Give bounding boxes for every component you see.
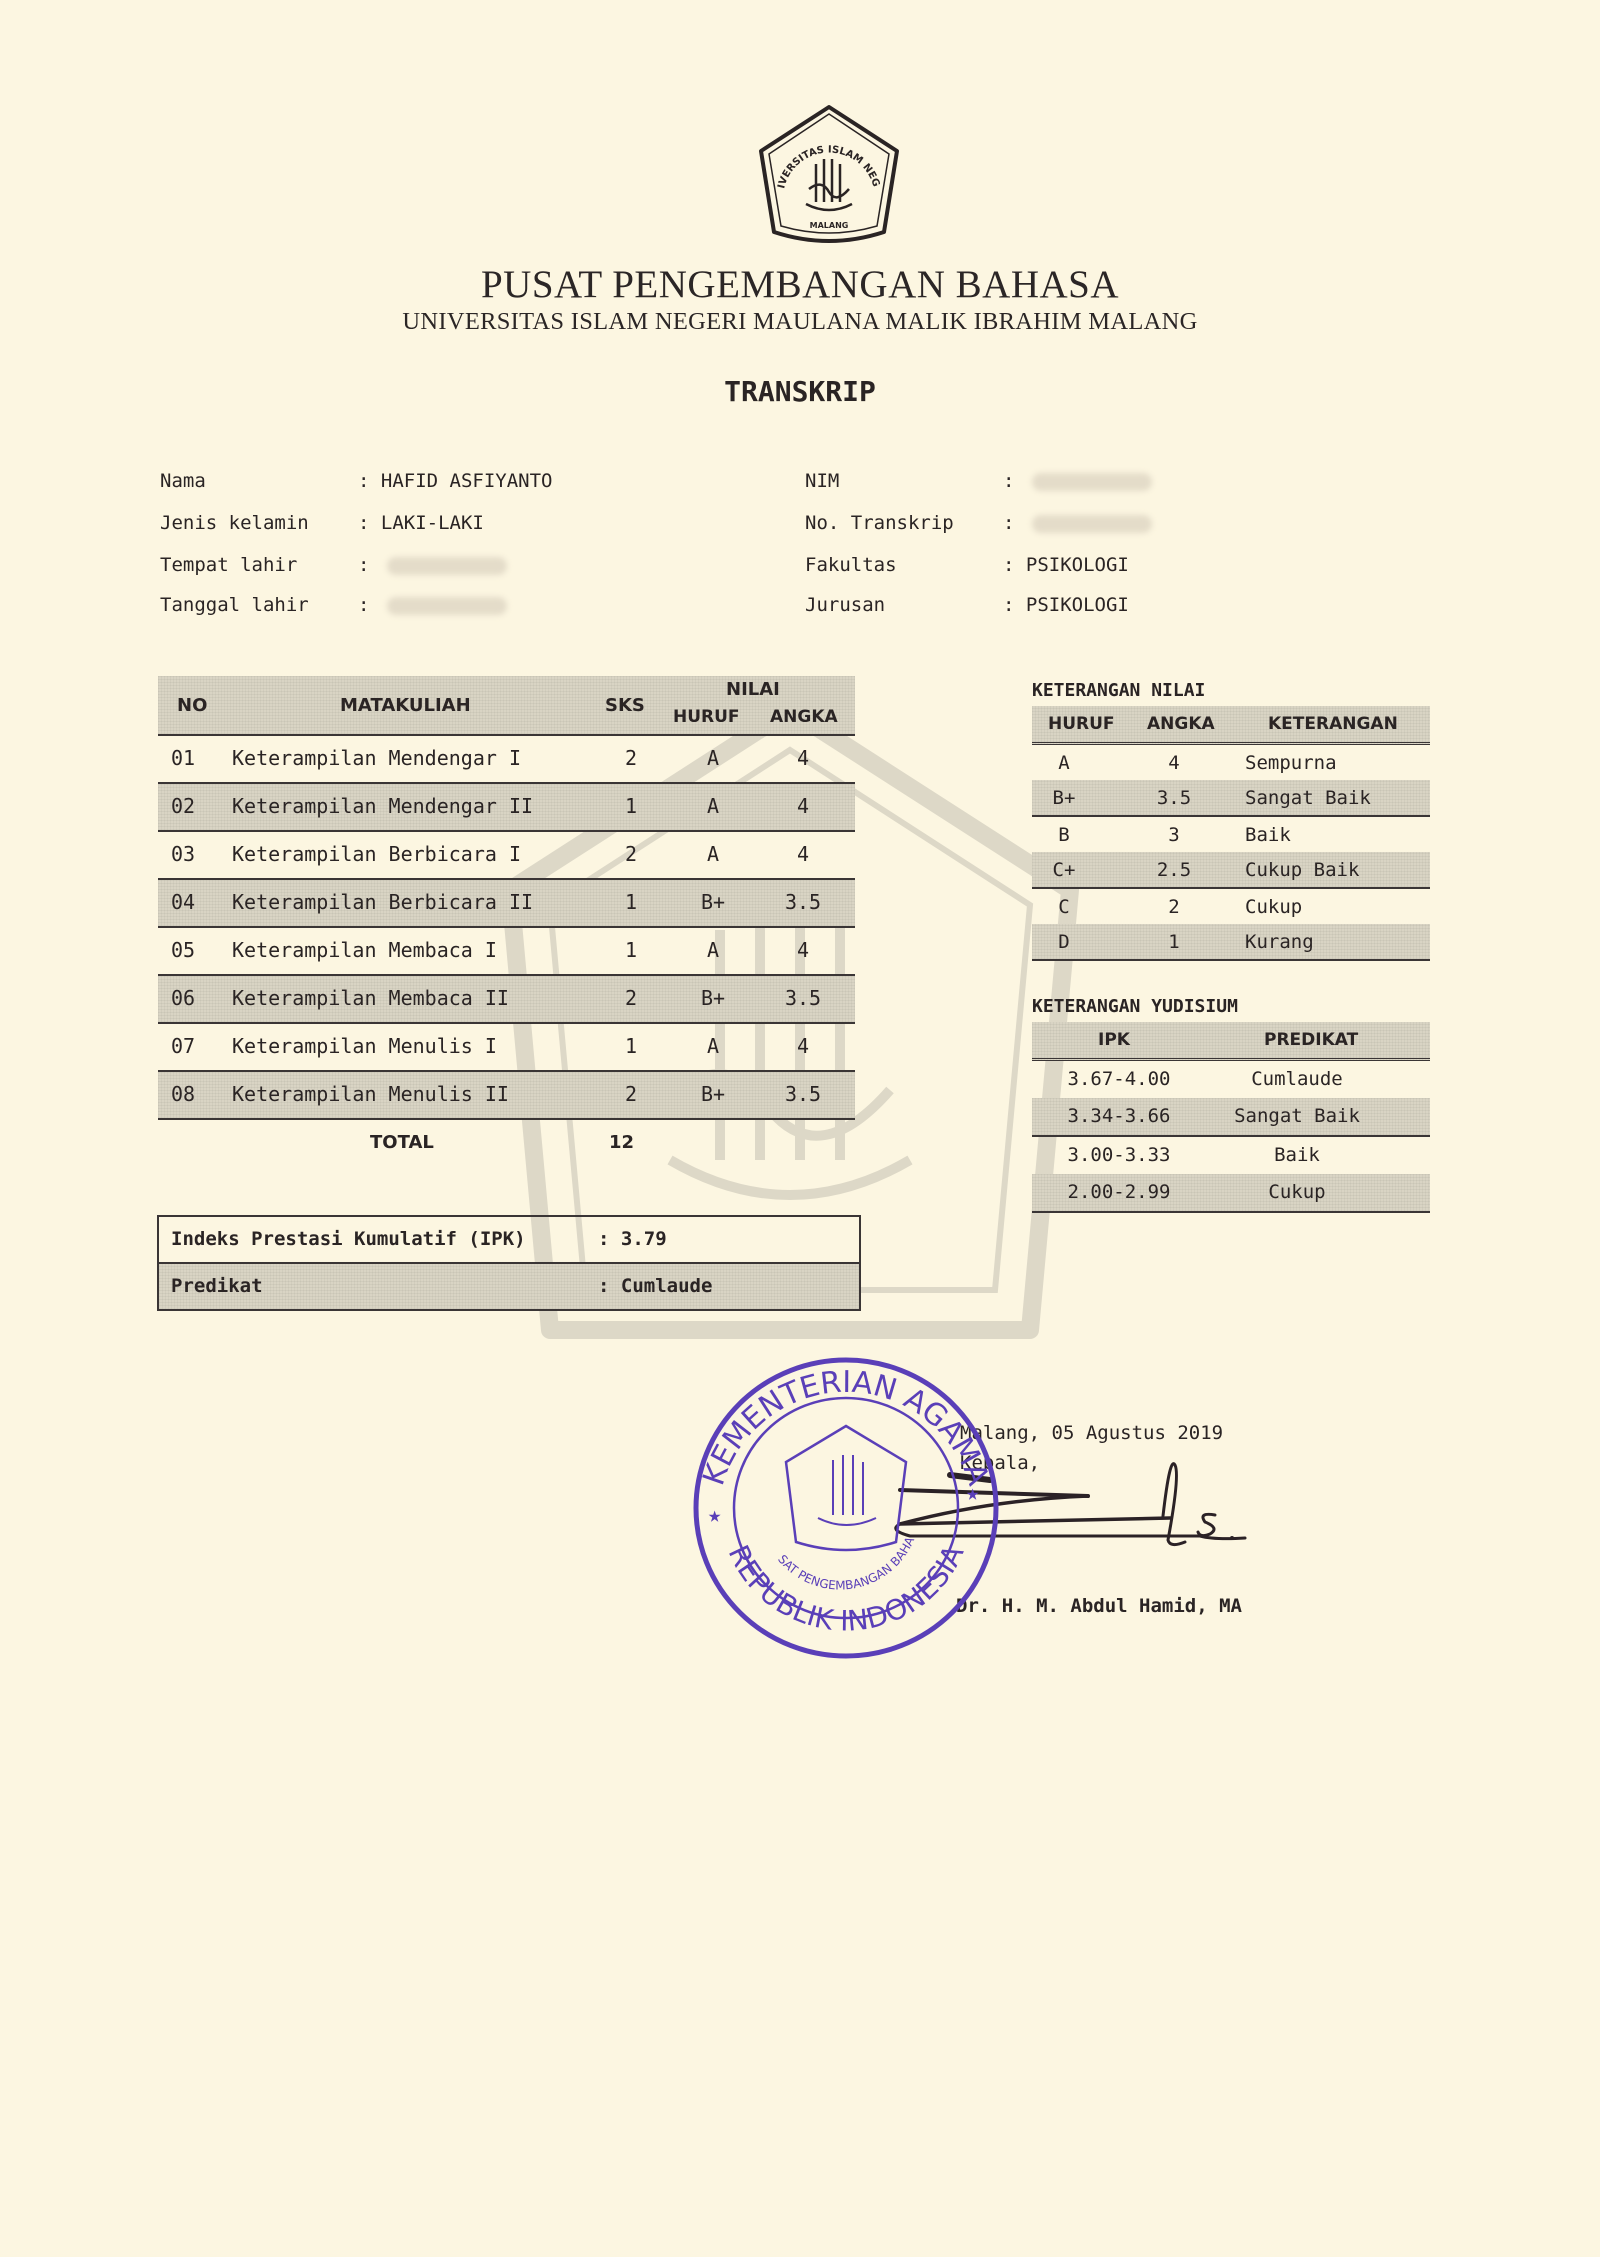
yudisium-header-predikat: PREDIKAT: [1264, 1030, 1358, 1050]
legend-cell-huruf: B: [1052, 824, 1076, 846]
cell-course: Keterampilan Berbicara II: [232, 890, 533, 914]
cell-course: Keterampilan Menulis II: [232, 1082, 509, 1106]
table-row: 01Keterampilan Mendengar I2A4: [158, 736, 855, 784]
cell-huruf: B+: [693, 986, 733, 1010]
info-value: :: [1003, 466, 1152, 496]
legend-header-keterangan: KETERANGAN: [1268, 714, 1398, 734]
legend-cell-huruf: A: [1052, 752, 1076, 774]
info-label: Nama: [160, 466, 206, 496]
yudisium-row: 3.00-3.33Baik: [1032, 1137, 1430, 1174]
redacted-value: [1032, 473, 1152, 491]
legend-cell-angka: 3: [1144, 824, 1204, 846]
cell-no: 05: [171, 938, 195, 962]
official-stamp: KEMENTERIAN AGAMA REPUBLIK INDONESIA PUS…: [688, 1350, 1004, 1666]
cell-no: 01: [171, 746, 195, 770]
grades-table-body: 01Keterampilan Mendengar I2A402Keterampi…: [158, 736, 855, 1120]
predikat-row: Predikat : Cumlaude: [159, 1262, 859, 1309]
redacted-value: [387, 557, 507, 575]
legend-row: B3Baik: [1032, 817, 1430, 852]
legend-cell-keterangan: Sempurna: [1245, 752, 1337, 774]
legend-cell-keterangan: Sangat Baik: [1245, 787, 1371, 809]
total-sks: 12: [609, 1132, 634, 1153]
cell-sks: 1: [616, 1034, 646, 1058]
header-course: MATAKULIAH: [340, 695, 471, 716]
institution-name: PUSAT PENGEMBANGAN BAHASA: [0, 262, 1600, 307]
yudisium-cell-predikat: Baik: [1222, 1144, 1372, 1166]
yudisium-legend-table: KETERANGAN YUDISIUM IPK PREDIKAT 3.67-4.…: [1032, 996, 1430, 1213]
table-row: 04Keterampilan Berbicara II1B+3.5: [158, 880, 855, 928]
cell-course: Keterampilan Membaca II: [232, 986, 509, 1010]
cell-huruf: B+: [693, 1082, 733, 1106]
legend-cell-huruf: B+: [1052, 787, 1076, 809]
yudisium-cell-ipk: 3.00-3.33: [1054, 1144, 1184, 1166]
info-label: NIM: [805, 466, 839, 496]
ipk-row: Indeks Prestasi Kumulatif (IPK) : 3.79: [159, 1217, 859, 1262]
grades-total-row: TOTAL 12: [158, 1120, 855, 1164]
info-value: :: [1003, 508, 1152, 538]
legend-header-angka: ANGKA: [1147, 714, 1215, 734]
legend-cell-huruf: D: [1052, 931, 1076, 953]
legend-cell-angka: 2: [1144, 896, 1204, 918]
cell-angka: 4: [773, 842, 833, 866]
ipk-summary-box: Indeks Prestasi Kumulatif (IPK) : 3.79 P…: [157, 1215, 861, 1311]
legend-cell-angka: 4: [1144, 752, 1204, 774]
header-no: NO: [177, 695, 207, 716]
table-row: 05Keterampilan Membaca I1A4: [158, 928, 855, 976]
grade-legend-header: HURUF ANGKA KETERANGAN: [1032, 706, 1430, 745]
header-angka: ANGKA: [770, 707, 838, 727]
cell-course: Keterampilan Berbicara I: [232, 842, 521, 866]
legend-row: B+3.5Sangat Baik: [1032, 780, 1430, 817]
cell-angka: 4: [773, 938, 833, 962]
header-huruf: HURUF: [673, 707, 740, 727]
info-value: : PSIKOLOGI: [1003, 550, 1129, 580]
yudisium-row: 3.34-3.66Sangat Baik: [1032, 1098, 1430, 1137]
cell-angka: 4: [773, 746, 833, 770]
grades-table: NO MATAKULIAH SKS NILAI HURUF ANGKA 01Ke…: [158, 676, 855, 1164]
legend-cell-angka: 2.5: [1144, 859, 1204, 881]
legend-row: C+2.5Cukup Baik: [1032, 852, 1430, 889]
cell-huruf: B+: [693, 890, 733, 914]
legend-cell-huruf: C: [1052, 896, 1076, 918]
yudisium-header-ipk: IPK: [1098, 1030, 1130, 1050]
grade-legend-table: KETERANGAN NILAI HURUF ANGKA KETERANGAN …: [1032, 680, 1430, 961]
grade-legend-body: A4SempurnaB+3.5Sangat BaikB3BaikC+2.5Cuk…: [1032, 745, 1430, 961]
cell-huruf: A: [693, 1034, 733, 1058]
yudisium-cell-predikat: Cukup: [1222, 1181, 1372, 1203]
info-label: Tempat lahir: [160, 550, 297, 580]
yudisium-cell-predikat: Cumlaude: [1222, 1068, 1372, 1090]
cell-huruf: A: [693, 938, 733, 962]
info-value: : PSIKOLOGI: [1003, 590, 1129, 620]
cell-angka: 3.5: [773, 1082, 833, 1106]
document-title: TRANSKRIP: [0, 375, 1600, 408]
yudisium-cell-ipk: 3.67-4.00: [1054, 1068, 1184, 1090]
yudisium-legend-header: IPK PREDIKAT: [1032, 1022, 1430, 1061]
legend-cell-keterangan: Baik: [1245, 824, 1291, 846]
cell-course: Keterampilan Mendengar I: [232, 746, 521, 770]
redacted-value: [387, 597, 507, 615]
info-label: Fakultas: [805, 550, 897, 580]
svg-text:★: ★: [708, 1503, 721, 1528]
cell-course: Keterampilan Membaca I: [232, 938, 497, 962]
table-row: 08Keterampilan Menulis II2B+3.5: [158, 1072, 855, 1120]
legend-row: D1Kurang: [1032, 924, 1430, 961]
cell-sks: 2: [616, 842, 646, 866]
yudisium-row: 2.00-2.99Cukup: [1032, 1174, 1430, 1213]
cell-angka: 3.5: [773, 890, 833, 914]
cell-huruf: A: [693, 794, 733, 818]
legend-row: C2Cukup: [1032, 889, 1430, 924]
svg-text:★: ★: [966, 1481, 979, 1506]
header-nilai: NILAI: [726, 679, 780, 700]
legend-cell-angka: 1: [1144, 931, 1204, 953]
cell-sks: 1: [616, 938, 646, 962]
yudisium-legend-body: 3.67-4.00Cumlaude3.34-3.66Sangat Baik3.0…: [1032, 1061, 1430, 1213]
cell-no: 02: [171, 794, 195, 818]
info-value: : LAKI-LAKI: [358, 508, 484, 538]
yudisium-cell-ipk: 2.00-2.99: [1054, 1181, 1184, 1203]
svg-text:MALANG: MALANG: [810, 221, 849, 230]
ipk-label: Indeks Prestasi Kumulatif (IPK): [171, 1228, 526, 1250]
university-name: UNIVERSITAS ISLAM NEGERI MAULANA MALIK I…: [0, 308, 1600, 336]
table-row: 07Keterampilan Menulis I1A4: [158, 1024, 855, 1072]
info-label: No. Transkrip: [805, 508, 954, 538]
header-sks: SKS: [605, 695, 645, 716]
legend-cell-angka: 3.5: [1144, 787, 1204, 809]
legend-header-huruf: HURUF: [1048, 714, 1115, 734]
cell-course: Keterampilan Menulis I: [232, 1034, 497, 1058]
total-label: TOTAL: [370, 1132, 434, 1153]
table-row: 03Keterampilan Berbicara I2A4: [158, 832, 855, 880]
info-value: :: [358, 590, 507, 620]
cell-no: 07: [171, 1034, 195, 1058]
grades-table-header: NO MATAKULIAH SKS NILAI HURUF ANGKA: [158, 676, 855, 736]
cell-angka: 3.5: [773, 986, 833, 1010]
info-label: Jurusan: [805, 590, 885, 620]
legend-row: A4Sempurna: [1032, 745, 1430, 780]
legend-cell-huruf: C+: [1052, 859, 1076, 881]
cell-no: 03: [171, 842, 195, 866]
cell-sks: 2: [616, 1082, 646, 1106]
redacted-value: [1032, 515, 1152, 533]
legend-cell-keterangan: Cukup Baik: [1245, 859, 1359, 881]
info-value: : HAFID ASFIYANTO: [358, 466, 552, 496]
yudisium-cell-ipk: 3.34-3.66: [1054, 1105, 1184, 1127]
cell-no: 04: [171, 890, 195, 914]
table-row: 02Keterampilan Mendengar II1A4: [158, 784, 855, 832]
yudisium-legend-title: KETERANGAN YUDISIUM: [1032, 996, 1430, 1022]
cell-sks: 1: [616, 890, 646, 914]
cell-angka: 4: [773, 1034, 833, 1058]
cell-huruf: A: [693, 746, 733, 770]
university-logo-icon: UNIVERSITAS ISLAM NEGERI MALANG: [754, 104, 904, 246]
yudisium-row: 3.67-4.00Cumlaude: [1032, 1061, 1430, 1098]
predikat-label: Predikat: [171, 1275, 263, 1297]
legend-cell-keterangan: Kurang: [1245, 931, 1314, 953]
cell-huruf: A: [693, 842, 733, 866]
cell-angka: 4: [773, 794, 833, 818]
info-value: :: [358, 550, 507, 580]
info-label: Tanggal lahir: [160, 590, 309, 620]
table-row: 06Keterampilan Membaca II2B+3.5: [158, 976, 855, 1024]
cell-sks: 2: [616, 986, 646, 1010]
grade-legend-title: KETERANGAN NILAI: [1032, 680, 1430, 706]
predikat-value: : Cumlaude: [598, 1275, 712, 1297]
cell-sks: 2: [616, 746, 646, 770]
legend-cell-keterangan: Cukup: [1245, 896, 1302, 918]
cell-no: 06: [171, 986, 195, 1010]
ipk-value: : 3.79: [598, 1228, 667, 1250]
info-label: Jenis kelamin: [160, 508, 309, 538]
cell-sks: 1: [616, 794, 646, 818]
yudisium-cell-predikat: Sangat Baik: [1222, 1105, 1372, 1127]
cell-course: Keterampilan Mendengar II: [232, 794, 533, 818]
cell-no: 08: [171, 1082, 195, 1106]
